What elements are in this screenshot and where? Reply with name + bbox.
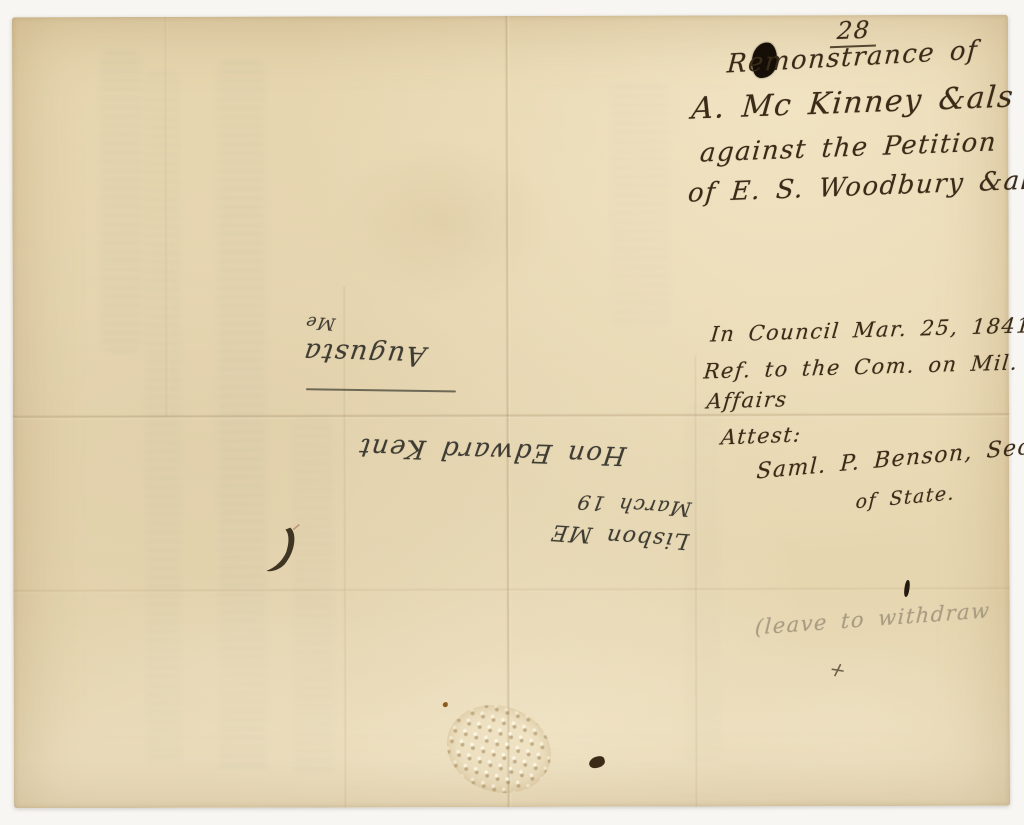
address-recipient: Hon Edward Kent (356, 432, 628, 471)
address-place-underline (306, 388, 456, 392)
address-place: Augusta (301, 336, 428, 371)
embossed-wafer-seal (435, 692, 562, 806)
scanned-document-view: 28 Remonstrance of A. Mc Kinney &als aga… (0, 0, 1024, 825)
council-note-line: In Council Mar. 25, 1841. (710, 313, 1024, 347)
bleedthrough-column (100, 52, 143, 352)
ink-speck (588, 755, 606, 770)
council-note-line: Ref. to the Com. on Mil. (703, 350, 1020, 383)
postmark-date: March 19 (574, 490, 693, 521)
pencil-annotation: (leave to withdraw (754, 598, 991, 639)
bleedthrough-column (610, 86, 671, 326)
paper-stain (332, 136, 552, 307)
title-line: against the Petition (699, 127, 999, 168)
vertical-fold-crease (505, 16, 511, 807)
address-state: Me (303, 312, 337, 334)
ink-speck (443, 702, 448, 707)
title-line: A. Mc Kinney &als (690, 79, 1016, 126)
letter-paper: 28 Remonstrance of A. Mc Kinney &als aga… (12, 15, 1010, 809)
bleedthrough-column (293, 416, 334, 776)
pencil-speck (831, 660, 847, 680)
ink-flourish-mark (259, 524, 303, 578)
council-note-line: Attest: (720, 422, 803, 449)
secretary-signature-line2: of State. (855, 482, 956, 513)
postmark-origin: Lisbon ME (548, 519, 691, 553)
title-line: of E. S. Woodbury &als (687, 165, 1024, 209)
bleedthrough-column (685, 405, 720, 765)
council-note-line: Affairs (706, 387, 789, 413)
